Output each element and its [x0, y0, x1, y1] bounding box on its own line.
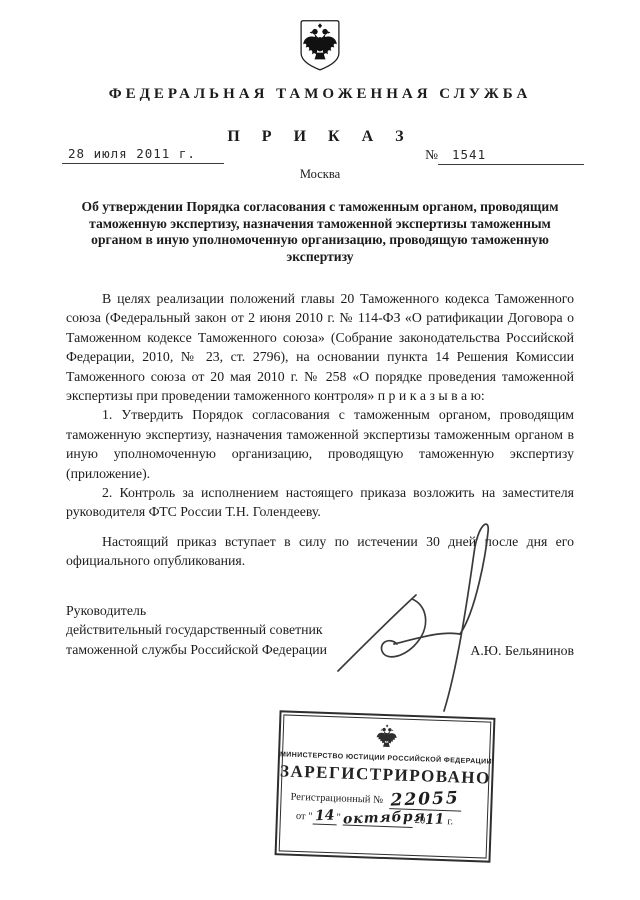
stamp-date-year-handwritten: 11	[425, 811, 445, 828]
coat-of-arms-icon	[299, 19, 341, 77]
order-number-group: №1541	[425, 146, 584, 165]
stamp-eagle-icon	[374, 723, 399, 754]
city-label: Москва	[0, 167, 640, 182]
signer-name: А.Ю. Бельянинов	[470, 641, 574, 660]
stamp-reg-label: Регистрационный №	[290, 792, 383, 806]
paragraph-effective-note: Настоящий приказ вступает в силу по исте…	[66, 532, 574, 571]
signer-position-line: Руководитель	[66, 601, 574, 620]
stamp-date-month-handwritten: октября	[343, 809, 426, 828]
signer-position-line: действительный государственный советник	[66, 620, 574, 639]
stamp-date-prefix: от "	[296, 811, 313, 823]
paragraph-item-2: 2. Контроль за исполнением настоящего пр…	[66, 483, 574, 522]
signature-block: Руководитель действительный государствен…	[66, 601, 574, 659]
registration-stamp: МИНИСТЕРСТВО ЮСТИЦИИ РОССИЙСКОЙ ФЕДЕРАЦИ…	[275, 710, 496, 862]
order-body: В целях реализации положений главы 20 Та…	[66, 289, 574, 571]
organization-name: ФЕДЕРАЛЬНАЯ ТАМОЖЕННАЯ СЛУЖБА	[0, 86, 640, 103]
registration-stamp-frame: МИНИСТЕРСТВО ЮСТИЦИИ РОССИЙСКОЙ ФЕДЕРАЦИ…	[279, 714, 492, 858]
stamp-date-mid-quote: "	[336, 812, 341, 823]
stamp-date-day-handwritten: 14	[315, 808, 335, 825]
date-number-row: 28 июля 2011 г. №1541	[62, 146, 584, 166]
stamp-date-suffix: г.	[447, 816, 453, 827]
order-number: 1541	[438, 147, 584, 165]
stamp-reg-number-handwritten: 22055	[390, 788, 460, 810]
document-type-title: П Р И К А З	[0, 128, 640, 146]
scanned-order-document: ФЕДЕРАЛЬНАЯ ТАМОЖЕННАЯ СЛУЖБА П Р И К А …	[0, 0, 640, 900]
paragraph-item-1: 1. Утвердить Порядок согласования с тамо…	[66, 405, 574, 483]
order-date: 28 июля 2011 г.	[62, 146, 224, 164]
number-sign: №	[425, 147, 438, 162]
paragraph-preamble: В целях реализации положений главы 20 Та…	[66, 289, 574, 405]
order-title: Об утверждении Порядка согласования с та…	[68, 199, 572, 265]
